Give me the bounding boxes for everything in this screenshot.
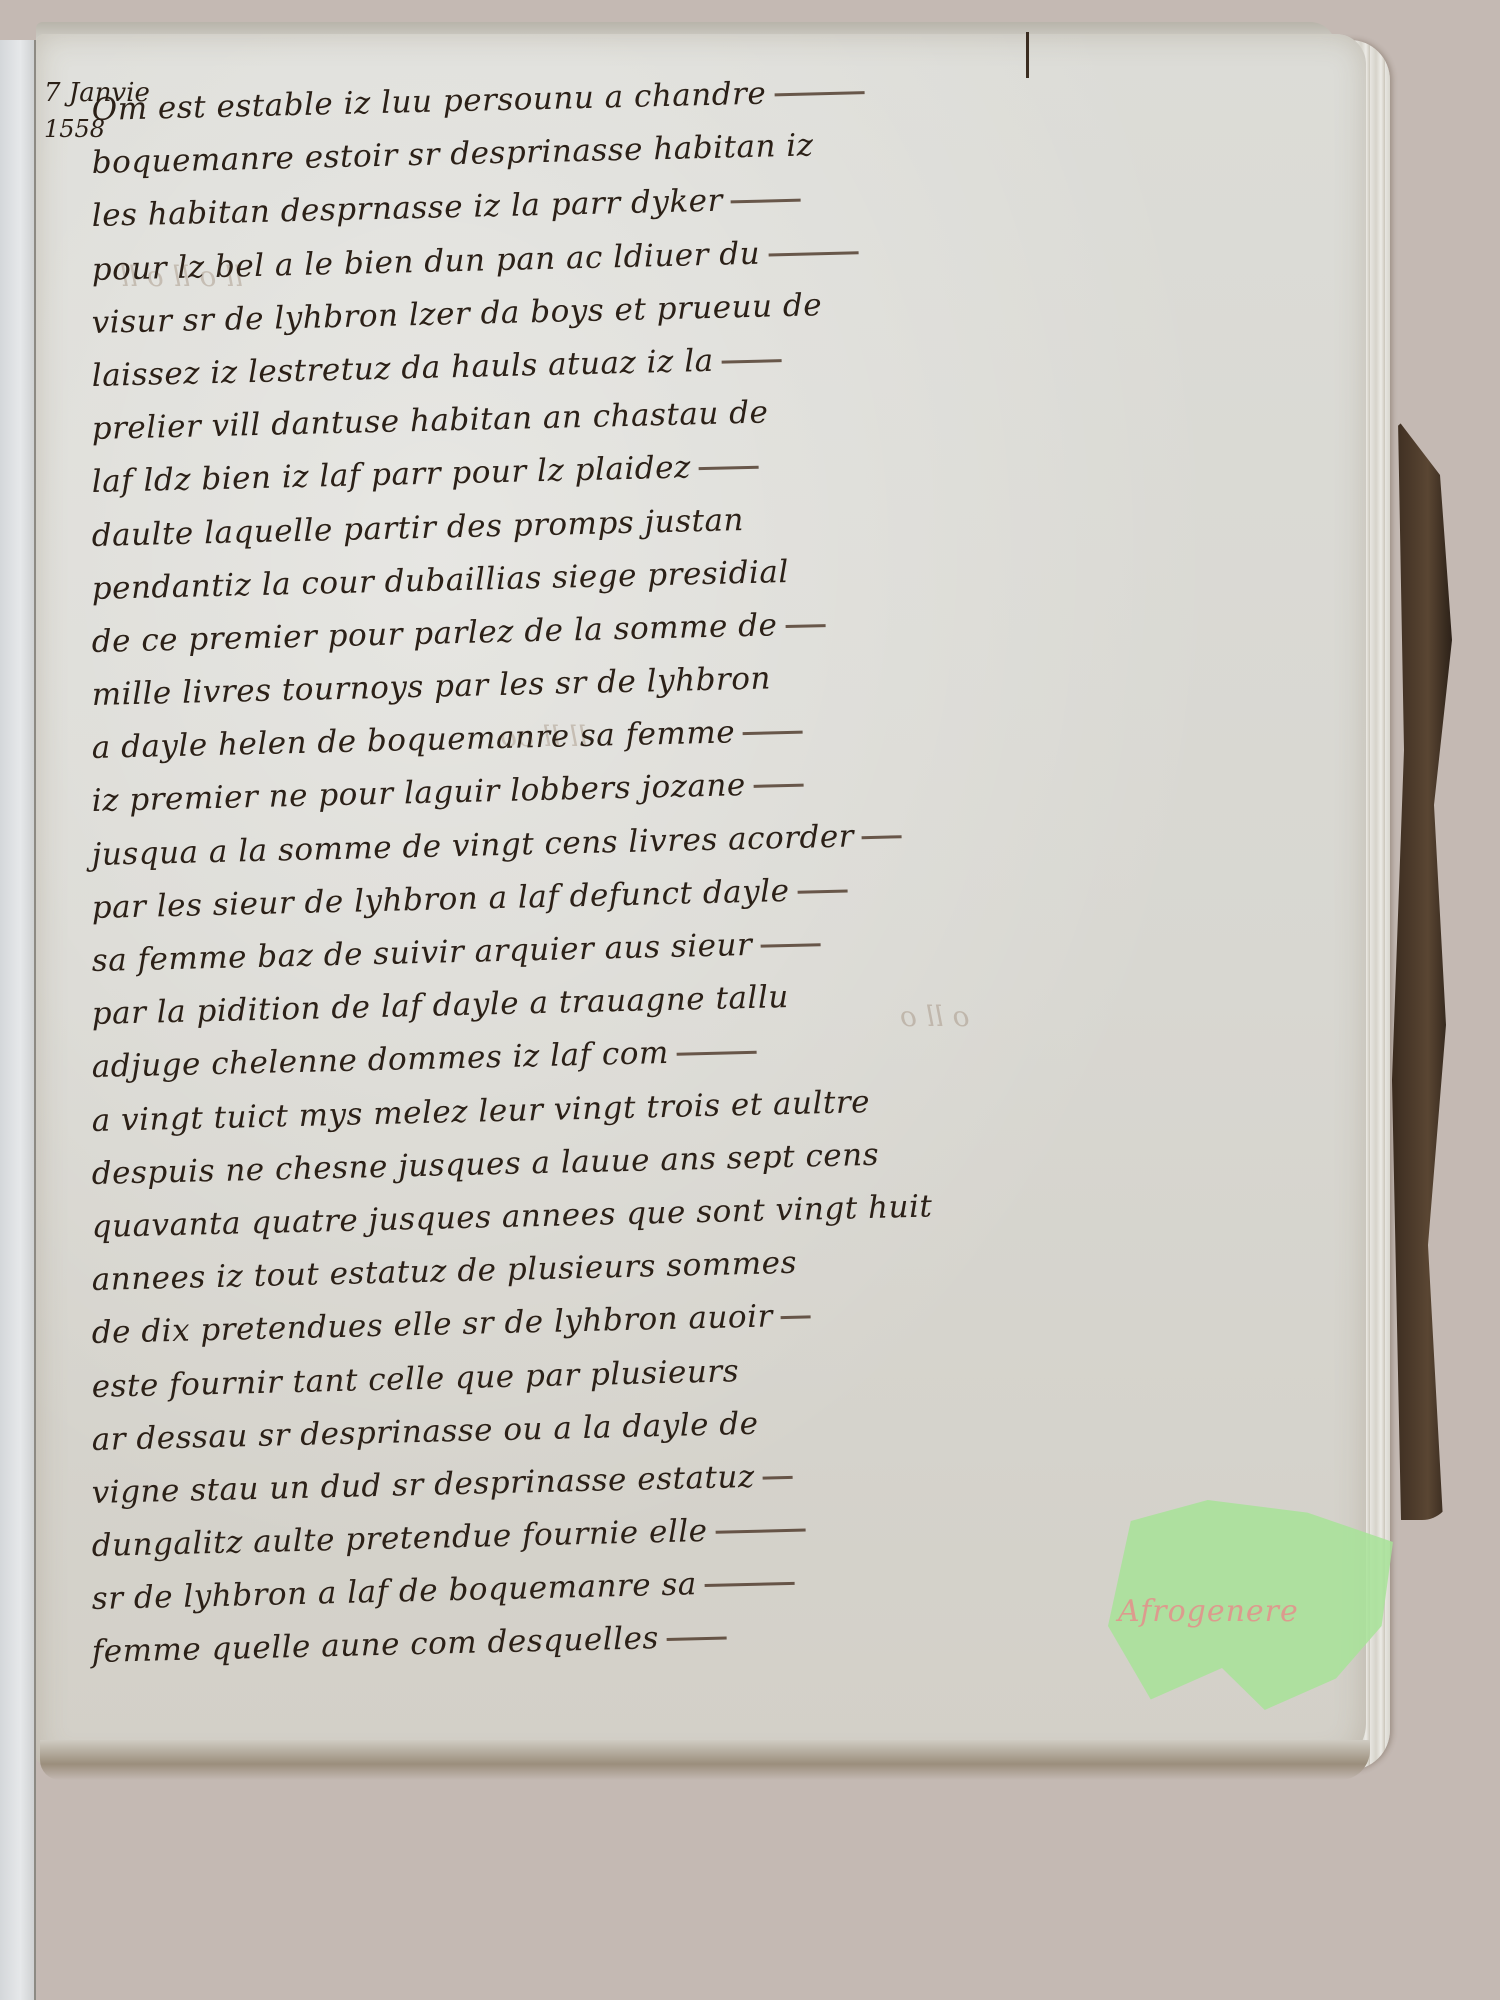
handwritten-text-block: Om est estable iz luu persounu a chandre… [92,92,1292,1688]
watermark-text: Afrogenere [1118,1594,1299,1629]
leather-binding-tie [1392,420,1452,1520]
facing-page-edge [0,40,36,2000]
folio-bottom-edge [40,1740,1370,1780]
